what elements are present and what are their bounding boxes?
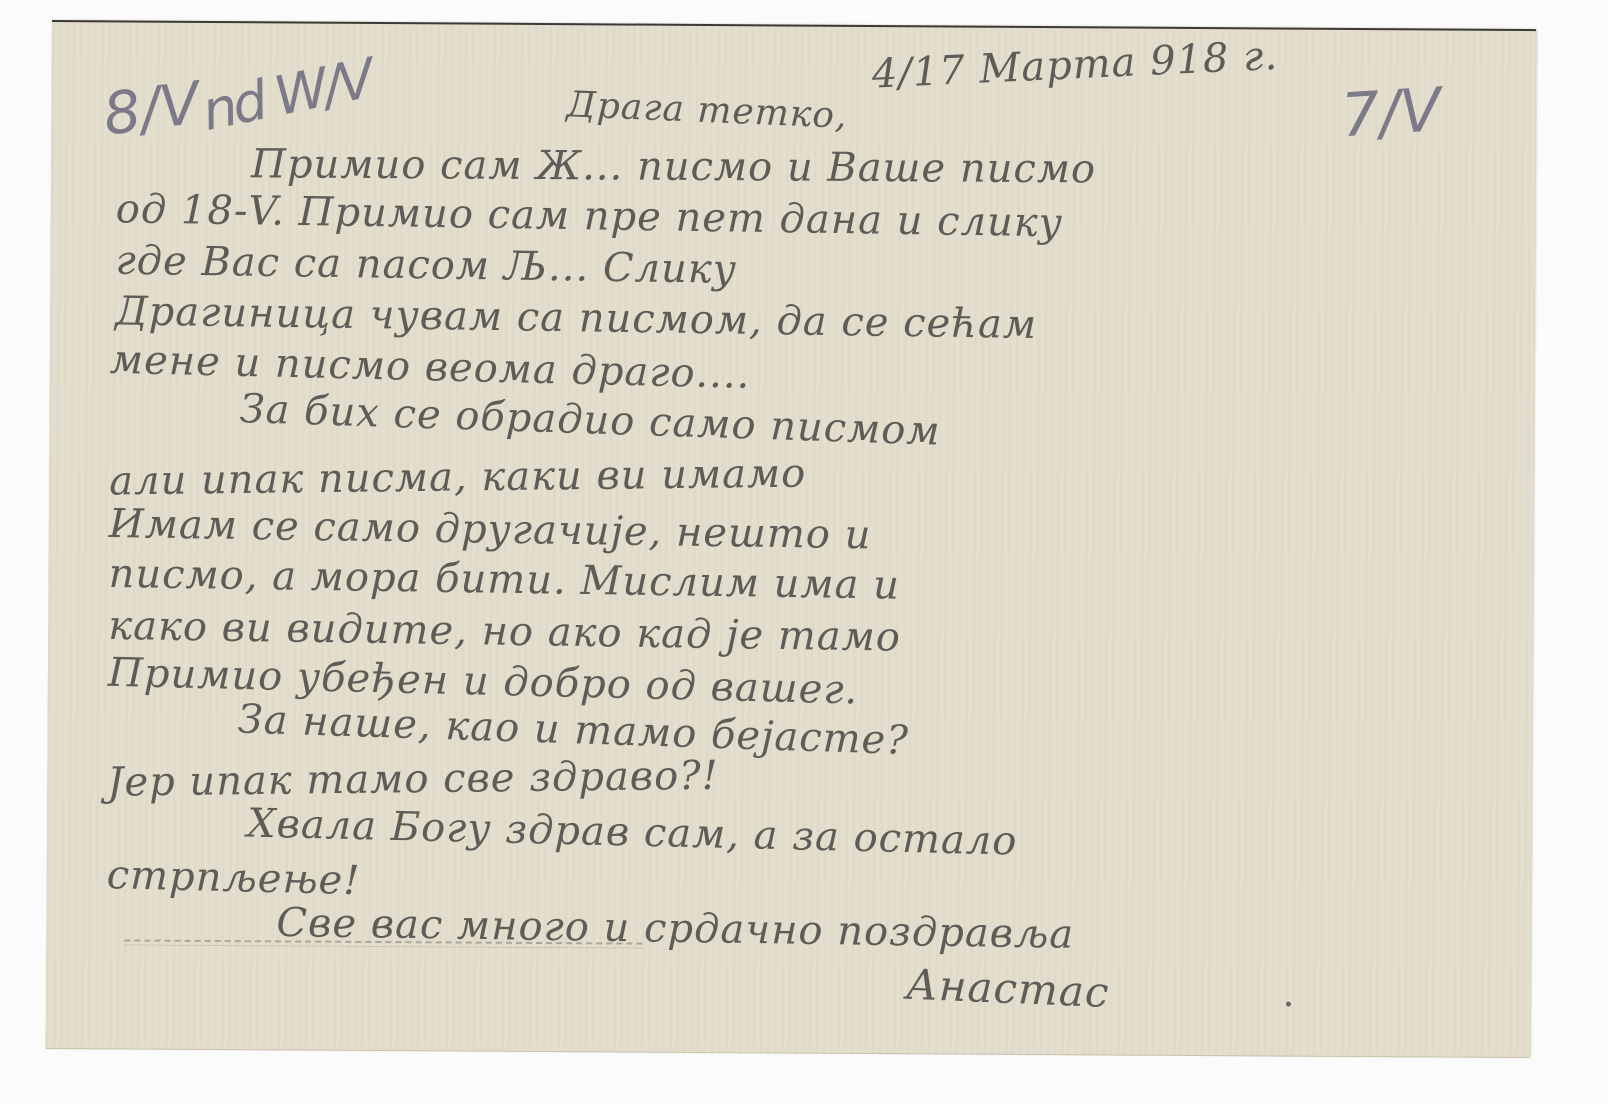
body-line-1: Примио сам Ж... писмо и Ваше писмо: [251, 141, 1096, 192]
body-line-2: од 18-V. Примио сам пре пет дана и слику: [116, 186, 1064, 246]
signature: Анастас: [905, 960, 1110, 1017]
body-line-6: За бих се обрадио само писмом: [239, 386, 941, 455]
body-line-3: где Вас са пасом Љ... Слику: [115, 238, 737, 293]
salutation: Драга тетко,: [566, 84, 849, 136]
body-line-5: мене и писмо веома драго....: [109, 337, 751, 398]
body-line-14: Хвала Богу здрав сам, а за остало: [247, 800, 1018, 864]
pencil-note-scribble: nd W/V: [197, 47, 376, 143]
body-line-16: Све вас много и срдачно поздравља: [276, 900, 1074, 958]
postcard: 8/V nd W/V 7/V 4/17 Марта 918 г. Драга т…: [46, 20, 1536, 1057]
body-line-4: Драгиница чувам са писмом, да се сећам: [115, 288, 1037, 348]
body-line-8: Имам се само другачије, нешто и: [109, 501, 872, 558]
body-line-7: али ипак писма, каки ви имамо: [109, 451, 806, 505]
body-line-13: Јер ипак тамо све здраво?!: [107, 753, 719, 806]
signature-period: [1286, 1002, 1291, 1007]
body-line-15: стрпљење!: [106, 852, 361, 904]
dateline: 4/17 Марта 918 г.: [871, 33, 1279, 98]
body-line-9: писмо, а мора бити. Мислим има и: [108, 551, 900, 609]
pencil-note-left: 8/V: [99, 69, 203, 149]
pencil-note-right: 7/V: [1339, 75, 1443, 151]
